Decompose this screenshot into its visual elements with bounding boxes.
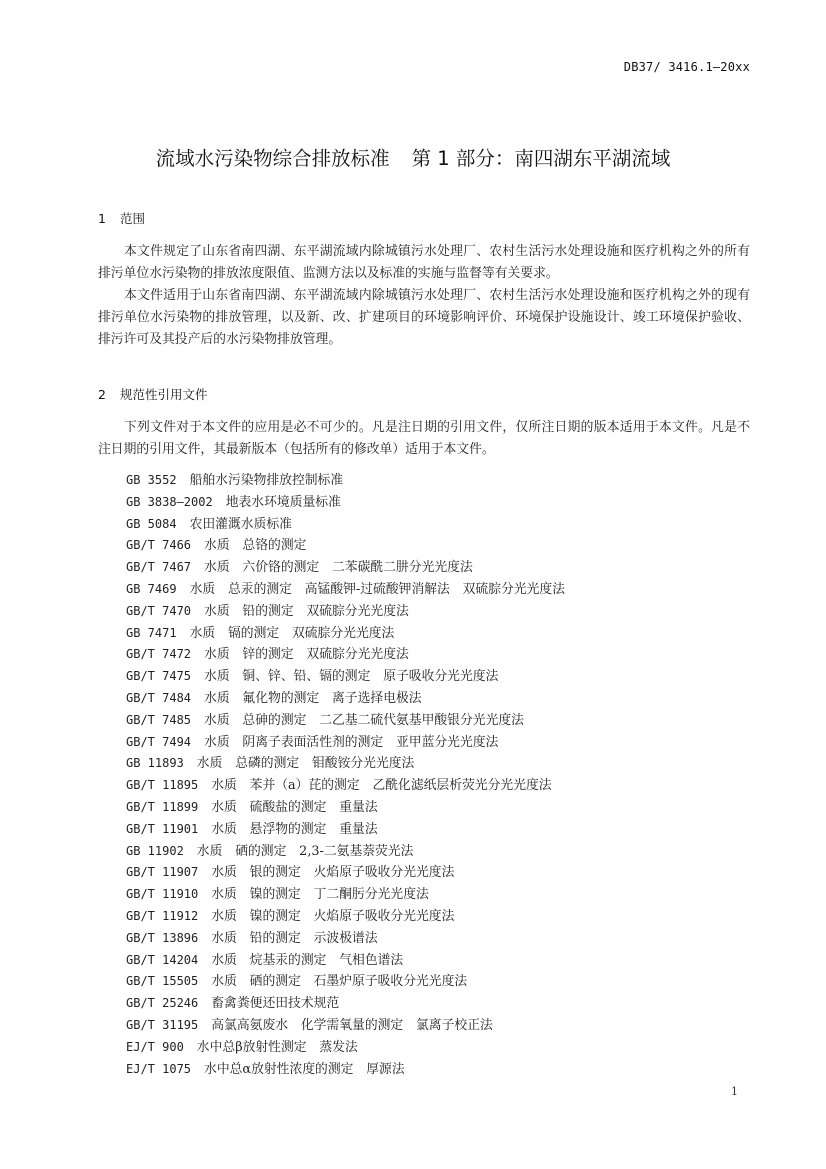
- page-number: 1: [731, 1085, 738, 1098]
- reference-title: 水质 总汞的测定 高锰酸钾-过硫酸钾消解法 双硫腙分光光度法: [190, 582, 565, 597]
- document-title: 流域水污染物综合排放标准第 1 部分：南四湖东平湖流域: [0, 143, 826, 171]
- reference-item: GB/T 7484水质 氟化物的测定 离子选择电极法: [126, 688, 565, 710]
- reference-code: GB/T 11910: [126, 887, 198, 901]
- reference-title: 水质 铅的测定 示波极谱法: [211, 931, 377, 946]
- reference-title: 水质 锌的测定 双硫腙分光光度法: [204, 647, 409, 662]
- section-heading-normative-references: 2规范性引用文件: [98, 385, 208, 403]
- reference-item: GB 3552船舶水污染物排放控制标准: [126, 470, 565, 492]
- reference-title: 水质 镉的测定 双硫腙分光光度法: [190, 626, 395, 641]
- reference-code: GB/T 11912: [126, 909, 198, 923]
- reference-item: GB/T 31195高氯高氨废水 化学需氧量的测定 氯离子校正法: [126, 1015, 565, 1037]
- section-title: 规范性引用文件: [120, 387, 208, 402]
- reference-item: GB/T 25246畜禽粪便还田技术规范: [126, 993, 565, 1015]
- reference-item: EJ/T 1075水中总α放射性浓度的测定 厚源法: [126, 1059, 565, 1081]
- reference-code: GB/T 11901: [126, 822, 198, 836]
- reference-code: GB/T 7472: [126, 647, 191, 661]
- reference-title: 船舶水污染物排放控制标准: [190, 473, 344, 488]
- reference-code: GB/T 7494: [126, 735, 191, 749]
- reference-title: 水质 硒的测定 石墨炉原子吸收分光光度法: [211, 974, 467, 989]
- reference-title: 水质 总磷的测定 钼酸铵分光光度法: [197, 756, 415, 771]
- reference-code: GB/T 11907: [126, 865, 198, 879]
- reference-title: 水中总α放射性浓度的测定 厚源法: [204, 1062, 405, 1077]
- reference-title: 水质 悬浮物的测定 重量法: [211, 822, 377, 837]
- reference-title: 水质 铅的测定 双硫腙分光光度法: [204, 604, 409, 619]
- reference-item: GB/T 7470水质 铅的测定 双硫腙分光光度法: [126, 601, 565, 623]
- reference-code: GB/T 25246: [126, 996, 198, 1010]
- reference-title: 水质 六价铬的测定 二苯碳酰二肼分光光度法: [204, 560, 473, 575]
- reference-item: GB/T 11895水质 苯并（a）芘的测定 乙酰化滤纸层析荧光分光光度法: [126, 775, 565, 797]
- section-number: 2: [98, 387, 120, 402]
- reference-item: GB 7471水质 镉的测定 双硫腙分光光度法: [126, 623, 565, 645]
- reference-item: GB 11893水质 总磷的测定 钼酸铵分光光度法: [126, 753, 565, 775]
- reference-code: GB 7469: [126, 582, 177, 596]
- reference-code: GB/T 7484: [126, 691, 191, 705]
- reference-title: 水质 阴离子表面活性剂的测定 亚甲蓝分光光度法: [204, 735, 498, 750]
- reference-code: GB/T 7466: [126, 538, 191, 552]
- title-part: 第 1 部分：南四湖东平湖流域: [412, 147, 671, 170]
- reference-code: GB/T 11899: [126, 800, 198, 814]
- reference-item: GB/T 15505水质 硒的测定 石墨炉原子吸收分光光度法: [126, 971, 565, 993]
- reference-title: 水质 总铬的测定: [204, 538, 306, 553]
- reference-item: GB/T 7475水质 铜、锌、铅、镉的测定 原子吸收分光光度法: [126, 666, 565, 688]
- reference-code: GB/T 7467: [126, 560, 191, 574]
- reference-code: GB/T 14204: [126, 953, 198, 967]
- standard-code: DB37/ 3416.1—20xx: [624, 60, 750, 74]
- reference-title: 高氯高氨废水 化学需氧量的测定 氯离子校正法: [211, 1018, 493, 1033]
- reference-item: GB 11902水质 硒的测定 2,3-二氨基萘荧光法: [126, 841, 565, 863]
- reference-title: 水质 铜、锌、铅、镉的测定 原子吸收分光光度法: [204, 669, 498, 684]
- paragraph-references-intro: 下列文件对于本文件的应用是必不可少的。凡是注日期的引用文件，仅所注日期的版本适用…: [98, 417, 750, 461]
- reference-item: GB/T 7472水质 锌的测定 双硫腙分光光度法: [126, 644, 565, 666]
- reference-item: GB/T 11910水质 镍的测定 丁二酮肟分光光度法: [126, 884, 565, 906]
- reference-item: GB/T 11899水质 硫酸盐的测定 重量法: [126, 797, 565, 819]
- reference-title: 畜禽粪便还田技术规范: [211, 996, 339, 1011]
- reference-code: GB 3552: [126, 473, 177, 487]
- section-heading-scope: 1范围: [98, 209, 145, 227]
- reference-item: GB/T 11912水质 镍的测定 火焰原子吸收分光光度法: [126, 906, 565, 928]
- reference-code: GB/T 31195: [126, 1018, 198, 1032]
- reference-title: 水中总β放射性测定 蒸发法: [197, 1040, 358, 1055]
- section-title: 范围: [120, 211, 145, 226]
- reference-item: GB/T 13896水质 铅的测定 示波极谱法: [126, 928, 565, 950]
- section-number: 1: [98, 211, 120, 226]
- reference-item: GB/T 7485水质 总砷的测定 二乙基二硫代氨基甲酸银分光光度法: [126, 710, 565, 732]
- reference-item: GB/T 7467水质 六价铬的测定 二苯碳酰二肼分光光度法: [126, 557, 565, 579]
- reference-item: GB 3838—2002地表水环境质量标准: [126, 492, 565, 514]
- reference-item: EJ/T 900水中总β放射性测定 蒸发法: [126, 1037, 565, 1059]
- paragraph-scope-2: 本文件适用于山东省南四湖、东平湖流域内除城镇污水处理厂、农村生活污水处理设施和医…: [98, 285, 750, 351]
- paragraph-scope-1: 本文件规定了山东省南四湖、东平湖流域内除城镇污水处理厂、农村生活污水处理设施和医…: [98, 241, 750, 285]
- reference-item: GB/T 7494水质 阴离子表面活性剂的测定 亚甲蓝分光光度法: [126, 732, 565, 754]
- reference-title: 水质 总砷的测定 二乙基二硫代氨基甲酸银分光光度法: [204, 713, 524, 728]
- reference-code: GB 11893: [126, 756, 184, 770]
- reference-title: 水质 硒的测定 2,3-二氨基萘荧光法: [197, 844, 414, 859]
- reference-list: GB 3552船舶水污染物排放控制标准GB 3838—2002地表水环境质量标准…: [126, 470, 565, 1080]
- reference-code: GB 3838—2002: [126, 495, 213, 509]
- reference-title: 水质 银的测定 火焰原子吸收分光光度法: [211, 865, 454, 880]
- reference-code: GB/T 11895: [126, 778, 198, 792]
- reference-code: GB/T 7485: [126, 713, 191, 727]
- reference-title: 地表水环境质量标准: [226, 495, 341, 510]
- reference-item: GB/T 14204水质 烷基汞的测定 气相色谱法: [126, 950, 565, 972]
- reference-code: EJ/T 1075: [126, 1062, 191, 1076]
- reference-item: GB/T 7466水质 总铬的测定: [126, 535, 565, 557]
- reference-code: GB/T 15505: [126, 974, 198, 988]
- reference-code: GB/T 7475: [126, 669, 191, 683]
- reference-title: 水质 镍的测定 火焰原子吸收分光光度法: [211, 909, 454, 924]
- reference-item: GB 5084农田灌溉水质标准: [126, 514, 565, 536]
- reference-title: 水质 苯并（a）芘的测定 乙酰化滤纸层析荧光分光光度法: [211, 778, 551, 793]
- title-main: 流域水污染物综合排放标准: [156, 147, 390, 170]
- reference-item: GB 7469水质 总汞的测定 高锰酸钾-过硫酸钾消解法 双硫腙分光光度法: [126, 579, 565, 601]
- reference-title: 水质 镍的测定 丁二酮肟分光光度法: [211, 887, 429, 902]
- reference-title: 水质 硫酸盐的测定 重量法: [211, 800, 377, 815]
- reference-title: 水质 氟化物的测定 离子选择电极法: [204, 691, 422, 706]
- reference-code: GB/T 7470: [126, 604, 191, 618]
- reference-code: GB 11902: [126, 844, 184, 858]
- reference-title: 水质 烷基汞的测定 气相色谱法: [211, 953, 403, 968]
- reference-code: GB/T 13896: [126, 931, 198, 945]
- reference-title: 农田灌溉水质标准: [190, 517, 292, 532]
- reference-code: EJ/T 900: [126, 1040, 184, 1054]
- reference-code: GB 5084: [126, 517, 177, 531]
- reference-code: GB 7471: [126, 626, 177, 640]
- reference-item: GB/T 11901水质 悬浮物的测定 重量法: [126, 819, 565, 841]
- reference-item: GB/T 11907水质 银的测定 火焰原子吸收分光光度法: [126, 862, 565, 884]
